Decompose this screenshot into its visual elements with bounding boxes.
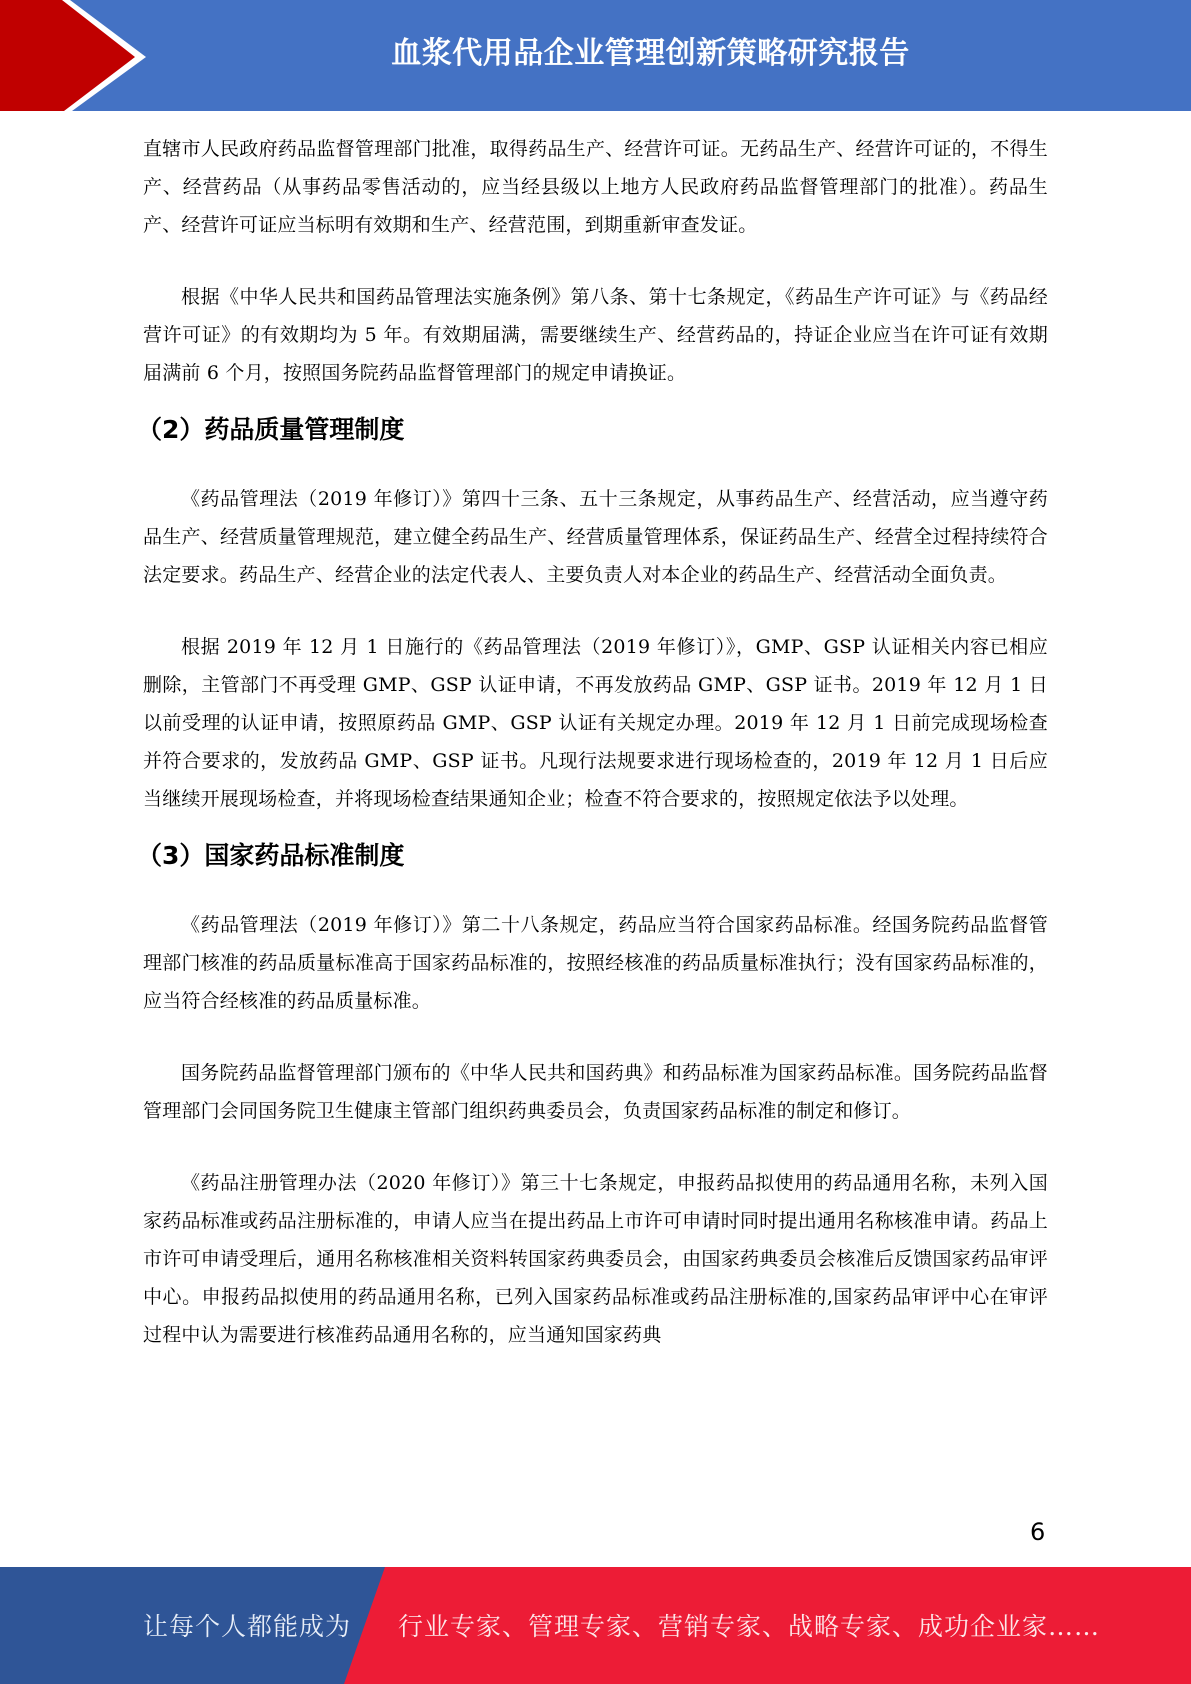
paragraph: 《药品注册管理办法（2020 年修订）》第三十七条规定，申报药品拟使用的药品通用… [143,1164,1048,1354]
document-body: 直辖市人民政府药品监督管理部门批准，取得药品生产、经营许可证。无药品生产、经营许… [143,130,1048,1388]
paragraph: 国务院药品监督管理部门颁布的《中华人民共和国药典》和药品标准为国家药品标准。国务… [143,1054,1048,1130]
page-footer: 让每个人都能成为 行业专家、管理专家、营销专家、战略专家、成功企业家…… [0,1567,1191,1684]
page-number: 6 [1030,1518,1045,1546]
footer-slogan-left: 让每个人都能成为 [143,1607,351,1643]
paragraph: 根据《中华人民共和国药品管理法实施条例》第八条、第十七条规定，《药品生产许可证》… [143,278,1048,392]
paragraph: 《药品管理法（2019 年修订）》第四十三条、五十三条规定，从事药品生产、经营活… [143,480,1048,594]
section-heading: （2）药品质量管理制度 [137,410,1048,450]
paragraph: 根据 2019 年 12 月 1 日施行的《药品管理法（2019 年修订）》，G… [143,628,1048,818]
paragraph: 《药品管理法（2019 年修订）》第二十八条规定，药品应当符合国家药品标准。经国… [143,906,1048,1020]
report-title: 血浆代用品企业管理创新策略研究报告 [0,0,1191,100]
footer-slogan-right: 行业专家、管理专家、营销专家、战略专家、成功企业家…… [398,1607,1100,1643]
page-header: 血浆代用品企业管理创新策略研究报告 [0,0,1191,111]
paragraph: 直辖市人民政府药品监督管理部门批准，取得药品生产、经营许可证。无药品生产、经营许… [143,130,1048,244]
section-heading: （3）国家药品标准制度 [137,836,1048,876]
